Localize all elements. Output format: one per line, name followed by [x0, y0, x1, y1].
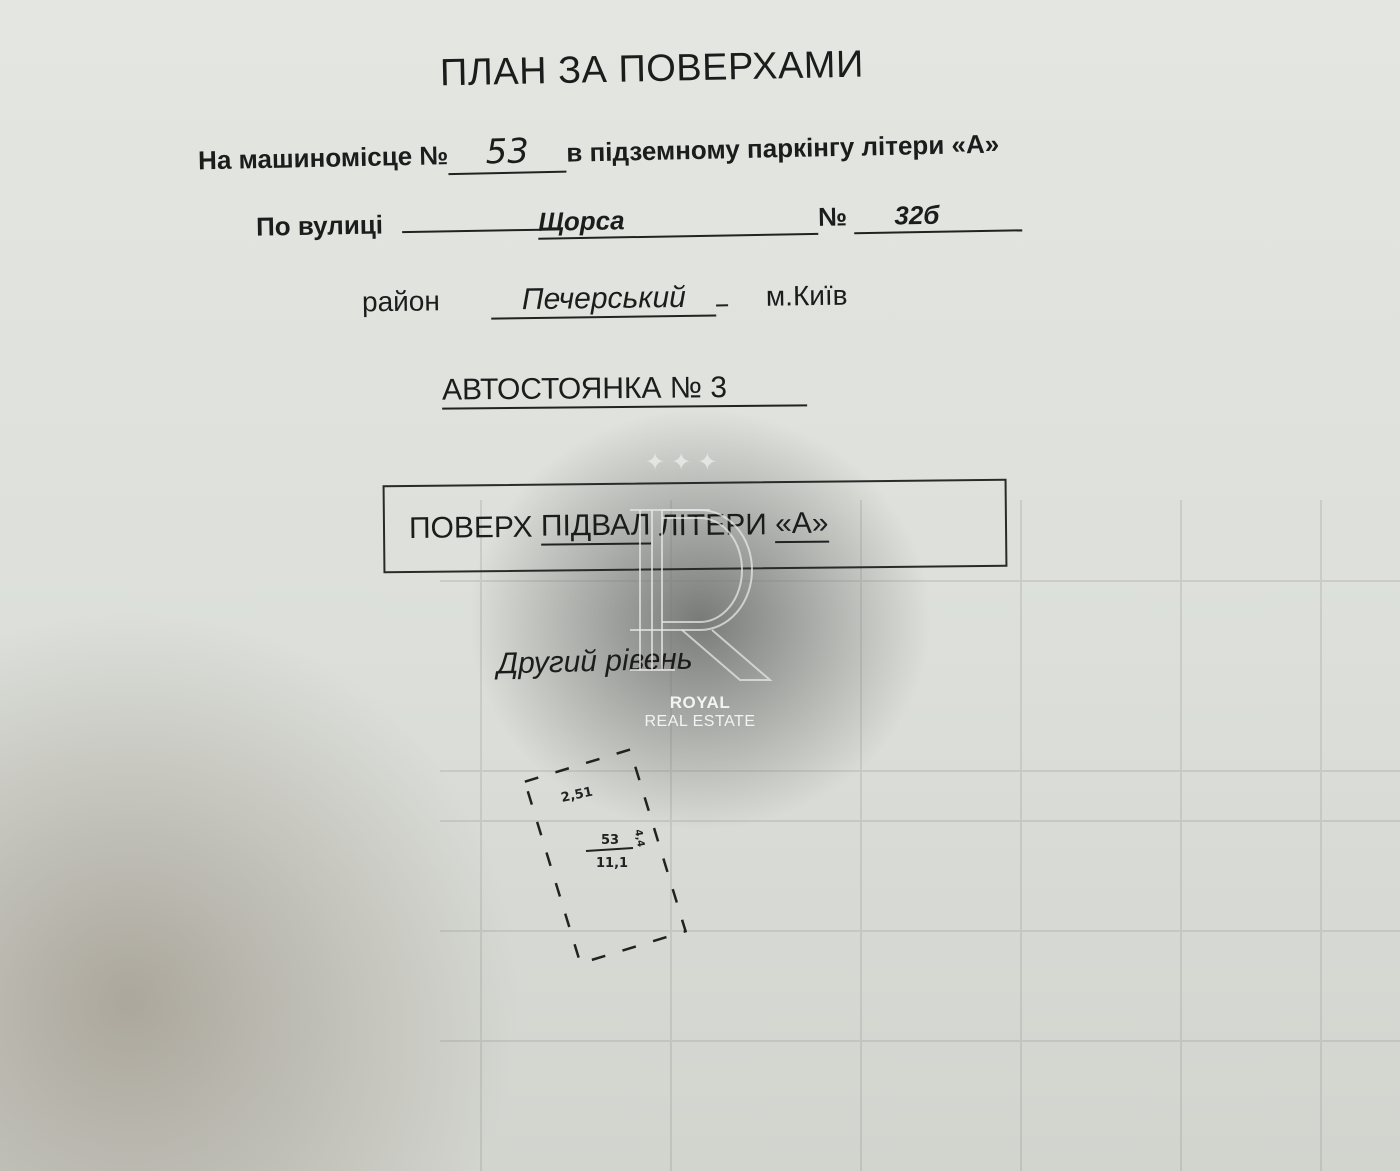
space-number-label: 53: [601, 833, 619, 848]
district-label: район: [362, 285, 440, 317]
city-label: м.Київ: [766, 280, 848, 312]
parking-space-line: На машиномісце №53в підземному паркінгу …: [198, 122, 1000, 181]
brand-name: ROYAL: [600, 693, 800, 713]
street-line: По вулиці Щорса№ 32б: [256, 198, 1023, 244]
parking-lot-number: 3: [710, 371, 727, 404]
parking-lot-label: АВТОСТОЯНКА №: [442, 371, 702, 406]
street-value: Щорса: [538, 202, 819, 240]
house-number-label: №: [818, 201, 848, 232]
district-line: район Печерський м.Київ: [362, 279, 848, 322]
floor-middle: ЛІТЕРИ: [659, 508, 767, 543]
parking-space-label: На машиномісце №: [198, 140, 449, 175]
house-number-value: 32б: [854, 198, 1023, 234]
parking-space-plan: 2,51 53 11,1 4,4: [500, 730, 720, 980]
width-dimension: 2,51: [560, 785, 594, 806]
area-label: 11,1: [596, 856, 628, 871]
floor-prefix: ПОВЕРХ: [409, 511, 533, 546]
parking-space-number: 53: [448, 131, 567, 175]
district-value: Печерський: [491, 280, 716, 319]
floor-name: ПІДВАЛ: [541, 508, 651, 545]
street-label: По вулиці: [256, 209, 383, 241]
length-dimension: 4,4: [632, 829, 646, 848]
parking-space-suffix: в підземному паркінгу літери «А»: [566, 129, 999, 168]
document-page: ПЛАН ЗА ПОВЕРХАМИ На машиномісце №53в пі…: [0, 0, 1400, 1171]
brand-subtitle: REAL ESTATE: [600, 713, 800, 731]
floor-letter: «А»: [775, 507, 829, 544]
parking-lot-line: АВТОСТОЯНКА № 3: [442, 370, 807, 409]
floor-box: ПОВЕРХ ПІДВАЛ ЛІТЕРИ «А»: [383, 479, 1008, 574]
level-label: Другий рівень: [497, 642, 693, 681]
stars-icon: ✦✦✦: [645, 448, 723, 476]
document-title: ПЛАН ЗА ПОВЕРХАМИ: [440, 44, 865, 96]
